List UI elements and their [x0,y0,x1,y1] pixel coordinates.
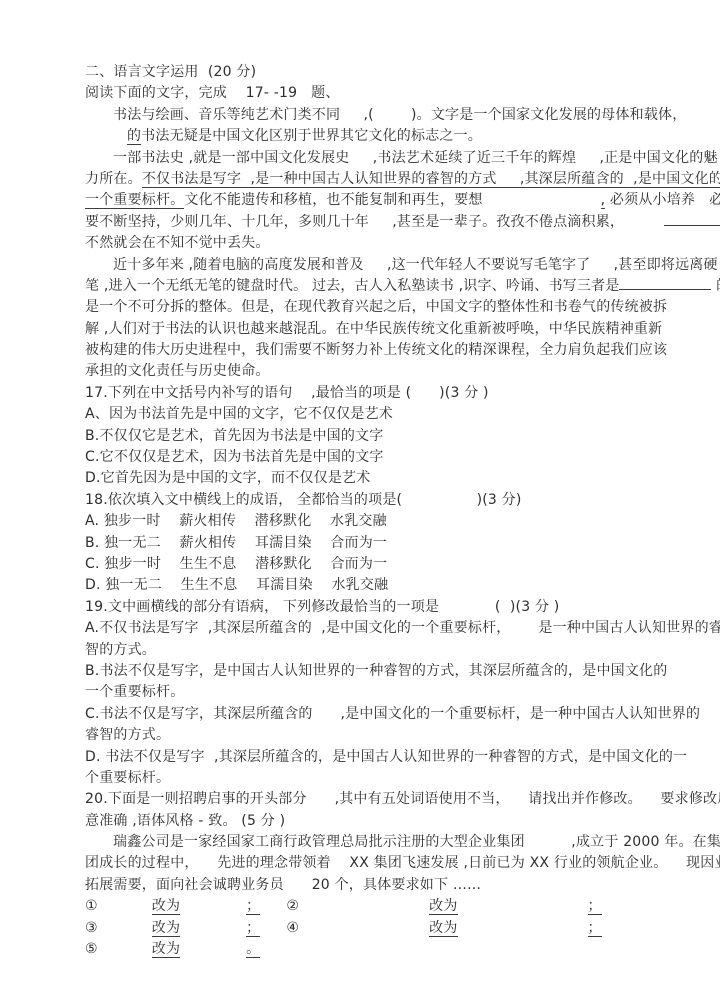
q20-stem-line2: 意准确 ,语体风格 - 致。 (5 分 ) [85,811,720,832]
semicolon: ； [246,898,260,915]
answer-blank [98,909,152,910]
q19-option-d-line1: D. 书法不仅是写字 ,其深层所蕴含的，是中国古人认知世界的一种睿智的方式，是中… [85,747,720,768]
q19-option-a-line2: 智的方式。 [85,640,720,661]
fill-blank [483,203,601,204]
circled-number-2: ② [286,898,299,914]
underlined-sentence: 一个重要标杆。 [85,192,184,209]
q18-option-a: A. 独步一时 薪火相传 潜移默化 水乳交融 [85,511,720,532]
fill-blank [619,276,711,290]
spacer [260,931,286,932]
change-to-label: 改为 [152,941,180,958]
q17-option-b: B.不仅仅它是艺术，首先因为书法是中国的文字 [85,426,720,447]
semicolon: ； [588,920,602,937]
q20-answer-row2: ③改为；④改为； [85,918,720,939]
change-to-label: 改为 [429,920,457,937]
q17-stem: 17.下列在中文括号内补写的语句 ,最恰当的项是 ( )(3 分 ) [85,383,720,404]
change-to-label: 改为 [152,920,180,937]
passage-text: 必须从小培养 必须 [605,192,720,208]
section-heading: 二、语言文字运用 (20 分) [85,62,720,83]
passage-text: 的， [711,278,720,294]
passage-p3-line1: 近十多年来 ,随着电脑的高度发展和普及 ,这一代年轻人不要说写毛笔字了 ,甚至即… [85,255,720,276]
fill-blank [664,212,720,226]
q19-option-a-line1: A.不仅书法是写字 ,其深层所蕴含的 ,是中国文化的一个重要标杆， 是一种中国古… [85,618,720,639]
q20-body-line3: 拓展需要，面向社会诚聘业务员 20 个，具体要求如下 …… [85,875,720,896]
reading-instruction: 阅读下面的文字，完成 17- -19 题、 [85,83,720,104]
passage-p1-line1: 书法与绘画、音乐等纯艺术门类不同 ,( )。文字是一个国家文化发展的母体和载体， [85,105,720,126]
q19-option-d-line2: 个重要标杆。 [85,768,720,789]
answer-blank [98,931,152,932]
q20-stem-line1: 20.下面是一则招聘启事的开头部分 ,其中有五处词语使用不当， 请找出并作修改。… [85,789,720,810]
q20-body-line2: 团成长的过程中， 先进的理念带领着 XX 集团飞速发展 ,日前已为 XX 行业的… [85,853,720,874]
period: 。 [246,941,260,958]
q20-body-line1: 瑞鑫公司是一家经国家工商行政管理总局批示注册的大型企业集团 ,成立于 2000 … [85,832,720,853]
q19-option-c-line2: 睿智的方式。 [85,725,720,746]
passage-p2-line1: 一部书法史 ,就是一部中国文化发展史 ,书法艺术延续了近三千年的辉煌 ,正是中国… [85,148,720,169]
q17-option-a: A、因为书法首先是中国的文字，它不仅仅是艺术 [85,404,720,425]
answer-blank [98,952,152,953]
passage-p2-line5: 不然就会在不知不觉中丢失。 [85,233,720,254]
answer-blank [458,931,588,932]
semicolon: ； [588,898,602,915]
circled-number-4: ④ [286,920,299,936]
spacer [260,909,286,910]
passage-text: 要不断坚持，少则几年、十几年，多则几十年 ,甚至是一辈子。孜孜不倦点滴积累， [85,214,624,230]
passage-text: 书法无疑是中国文化区别于世界其它文化的标志之一。 [141,128,482,144]
circled-number-5: ⑤ [85,941,98,957]
q19-option-b-line1: B.书法不仅是写字，是中国古人认知世界的一种睿智的方式，其深层所蕴含的，是中国文… [85,661,720,682]
q20-answer-row3: ⑤改为。 [85,939,720,960]
exam-page: 二、语言文字运用 (20 分) 阅读下面的文字，完成 17- -19 题、 书法… [0,0,720,998]
underlined-word: 的 [127,128,141,145]
change-to-label: 改为 [429,898,457,915]
q17-option-c: C.它不仅仅是艺术，因为书法首先是中国的文字 [85,447,720,468]
q19-stem: 19.文中画横线的部分有语病， 下列修改最恰当的一项是 ( )(3 分 ) [85,597,720,618]
passage-text: 文化不能遗传和移植，也不能复制和再生，要想 [184,192,482,208]
circled-number-3: ③ [85,920,98,936]
passage-p2-line3: 一个重要标杆。文化不能遗传和移植，也不能复制和再生，要想, 必须从小培养 必须 [85,190,720,211]
passage-p1-line2: 的书法无疑是中国文化区别于世界其它文化的标志之一。 [85,126,720,147]
passage-p2-line4: 要不断坚持，少则几年、十几年，多则几十年 ,甚至是一辈子。孜孜不倦点滴积累，， [85,212,720,233]
q19-option-c-line1: C.书法不仅是写字，其深层所蕴含的 ,是中国文化的一个重要标杆，是一种中国古人认… [85,704,720,725]
answer-blank [180,909,246,910]
passage-p3-line6: 承担的文化责任与历史使命。 [85,361,720,382]
passage-p3-line4: 解 ,人们对于书法的认识也越来越混乱。在中华民族传统文化重新被呼唤，中华民族精神… [85,319,720,340]
q18-option-d: D. 独一无二 生生不息 耳濡目染 水乳交融 [85,575,720,596]
answer-blank [299,909,429,910]
passage-text: 力所在。 [85,171,142,187]
q20-answer-row1: ①改为；②改为； [85,896,720,917]
passage-p2-line2: 力所在。不仅书法是写字 ,是一种中国古人认知世界的睿智的方式 ,其深层所蕴含的 … [85,169,720,190]
q18-option-b: B. 独一无二 薪火相传 耳濡目染 合而为一 [85,533,720,554]
semicolon: ； [246,920,260,937]
answer-blank [458,909,588,910]
q18-stem: 18.依次填入文中横线上的成语， 全都恰当的项是( )(3 分) [85,490,720,511]
q18-option-c: C. 独步一时 生生不息 潜移默化 合而为一 [85,554,720,575]
passage-p3-line3: 是一个不可分拆的整体。但是，在现代教育兴起之后，中国文字的整体性和书卷气的传统被… [85,297,720,318]
circled-number-1: ① [85,898,98,914]
spacer [624,225,664,226]
q17-option-d: D.它首先因为是中国的文字，而不仅仅是艺术 [85,468,720,489]
passage-text: 笔 ,进入一个无纸无笔的键盘时代。 过去，古人入私塾读书 ,识字、吟诵、书写三者… [85,278,619,294]
underlined-sentence: 不仅书法是写字 ,是一种中国古人认知世界的睿智的方式 ,其深层所蕴含的 ,是中国… [142,171,720,188]
passage-p3-line2: 笔 ,进入一个无纸无笔的键盘时代。 过去，古人入私塾读书 ,识字、吟诵、书写三者… [85,276,720,297]
change-to-label: 改为 [152,898,180,915]
q19-option-b-line2: 一个重要标杆。 [85,682,720,703]
passage-p3-line5: 被构建的伟大历史进程中，我们需要不断努力补上传统文化的精深课程，全力肩负起我们应… [85,340,720,361]
answer-blank [180,952,246,953]
answer-blank [299,931,429,932]
answer-blank [180,931,246,932]
